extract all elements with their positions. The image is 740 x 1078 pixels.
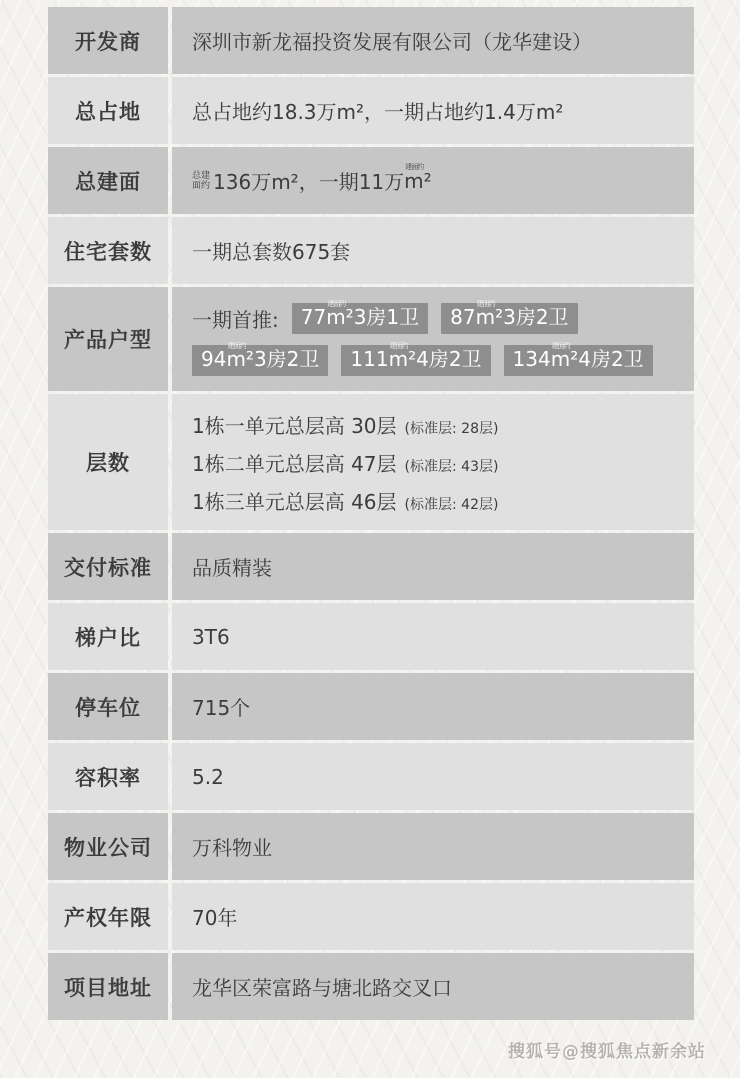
table-row: 项目地址龙华区荣富路与塘北路交叉口 [48, 953, 694, 1020]
row-value: 总占地约18.3万m²，一期占地约1.4万m² [172, 77, 694, 144]
badge-square-meter-unit: 建面约m² [476, 306, 504, 329]
badge-square-meter-unit: 建面约m² [389, 348, 417, 371]
unit-line: 一期首推:77建面约m²3房1卫87建面约m²3房2卫 [192, 303, 578, 334]
row-value: 5.2 [172, 743, 694, 810]
floor-main-text: 1栋二单元总层高 47层 [192, 448, 397, 477]
unit-note-label: 建面约 [390, 343, 408, 350]
table-row: 总占地总占地约18.3万m²，一期占地约1.4万m² [48, 77, 694, 144]
row-label: 住宅套数 [48, 217, 168, 284]
badge-square-meter-unit: 建面约m² [551, 348, 579, 371]
floor-main-text: 1栋三单元总层高 46层 [192, 486, 397, 515]
floor-line: 1栋二单元总层高 47层(标准层: 43层) [192, 448, 498, 477]
row-value: 3T6 [172, 603, 694, 670]
unit-note-label: 建面约 [227, 343, 245, 350]
row-label: 容积率 [48, 743, 168, 810]
row-value: 1栋一单元总层高 30层(标准层: 28层)1栋二单元总层高 47层(标准层: … [172, 394, 694, 530]
unit-note-label: 建面约 [477, 301, 495, 308]
floor-standard-note: (标准层: 43层) [405, 456, 499, 476]
floor-line: 1栋一单元总层高 30层(标准层: 28层) [192, 410, 498, 439]
first-launch-label: 一期首推: [192, 304, 279, 333]
unit-type-badge: 77建面约m²3房1卫 [292, 303, 428, 334]
table-row: 物业公司万科物业 [48, 813, 694, 880]
row-value: 一期首推:77建面约m²3房1卫87建面约m²3房2卫94建面约m²3房2卫11… [172, 287, 694, 391]
unit-line: 94建面约m²3房2卫111建面约m²4房2卫134建面约m²4房2卫 [192, 345, 653, 376]
unit-type-badge: 94建面约m²3房2卫 [192, 345, 328, 376]
table-row: 产品户型一期首推:77建面约m²3房1卫87建面约m²3房2卫94建面约m²3房… [48, 287, 694, 391]
row-label: 产权年限 [48, 883, 168, 950]
badge-square-meter-unit: 建面约m² [326, 306, 354, 329]
row-value: 万科物业 [172, 813, 694, 880]
table-row: 停车位715个 [48, 673, 694, 740]
row-label: 总建面 [48, 147, 168, 214]
row-label: 物业公司 [48, 813, 168, 880]
floor-main-text: 1栋一单元总层高 30层 [192, 410, 397, 439]
unit-note-label: 建面约 [552, 343, 570, 350]
row-value: 70年 [172, 883, 694, 950]
square-meter-unit: 建面约m² [404, 169, 432, 193]
row-value: 一期总套数675套 [172, 217, 694, 284]
table-row: 总建面总建面约136万m²，一期11万建面约m² [48, 147, 694, 214]
floor-standard-note: (标准层: 28层) [405, 418, 499, 438]
table-row: 梯户比3T6 [48, 603, 694, 670]
table-row: 层数1栋一单元总层高 30层(标准层: 28层)1栋二单元总层高 47层(标准层… [48, 394, 694, 530]
row-label: 开发商 [48, 7, 168, 74]
row-value: 总建面约136万m²，一期11万建面约m² [172, 147, 694, 214]
table-row: 交付标准品质精装 [48, 533, 694, 600]
unit-note-label: 建面约 [327, 301, 345, 308]
row-label: 梯户比 [48, 603, 168, 670]
area-main-text: 136万m²，一期11万 [213, 166, 404, 195]
table-row: 产权年限70年 [48, 883, 694, 950]
project-info-table: 开发商深圳市新龙福投资发展有限公司（龙华建设）总占地总占地约18.3万m²，一期… [48, 7, 694, 1023]
row-label: 停车位 [48, 673, 168, 740]
row-value: 龙华区荣富路与塘北路交叉口 [172, 953, 694, 1020]
row-label: 项目地址 [48, 953, 168, 1020]
row-label: 交付标准 [48, 533, 168, 600]
table-row: 容积率5.2 [48, 743, 694, 810]
row-value: 品质精装 [172, 533, 694, 600]
table-row: 开发商深圳市新龙福投资发展有限公司（龙华建设） [48, 7, 694, 74]
unit-note-label: 建面约 [405, 164, 423, 171]
table-row: 住宅套数一期总套数675套 [48, 217, 694, 284]
unit-type-badge: 134建面约m²4房2卫 [504, 345, 653, 376]
row-label: 产品户型 [48, 287, 168, 391]
floor-standard-note: (标准层: 42层) [405, 494, 499, 514]
row-value: 715个 [172, 673, 694, 740]
row-label: 层数 [48, 394, 168, 530]
row-label: 总占地 [48, 77, 168, 144]
row-value: 深圳市新龙福投资发展有限公司（龙华建设） [172, 7, 694, 74]
unit-type-badge: 87建面约m²3房2卫 [441, 303, 577, 334]
watermark: 搜狐号@搜狐焦点新余站 [508, 1037, 706, 1062]
area-prefix-small: 总建面约 [192, 171, 210, 191]
unit-type-badge: 111建面约m²4房2卫 [341, 345, 490, 376]
badge-square-meter-unit: 建面约m² [226, 348, 254, 371]
floor-line: 1栋三单元总层高 46层(标准层: 42层) [192, 486, 498, 515]
